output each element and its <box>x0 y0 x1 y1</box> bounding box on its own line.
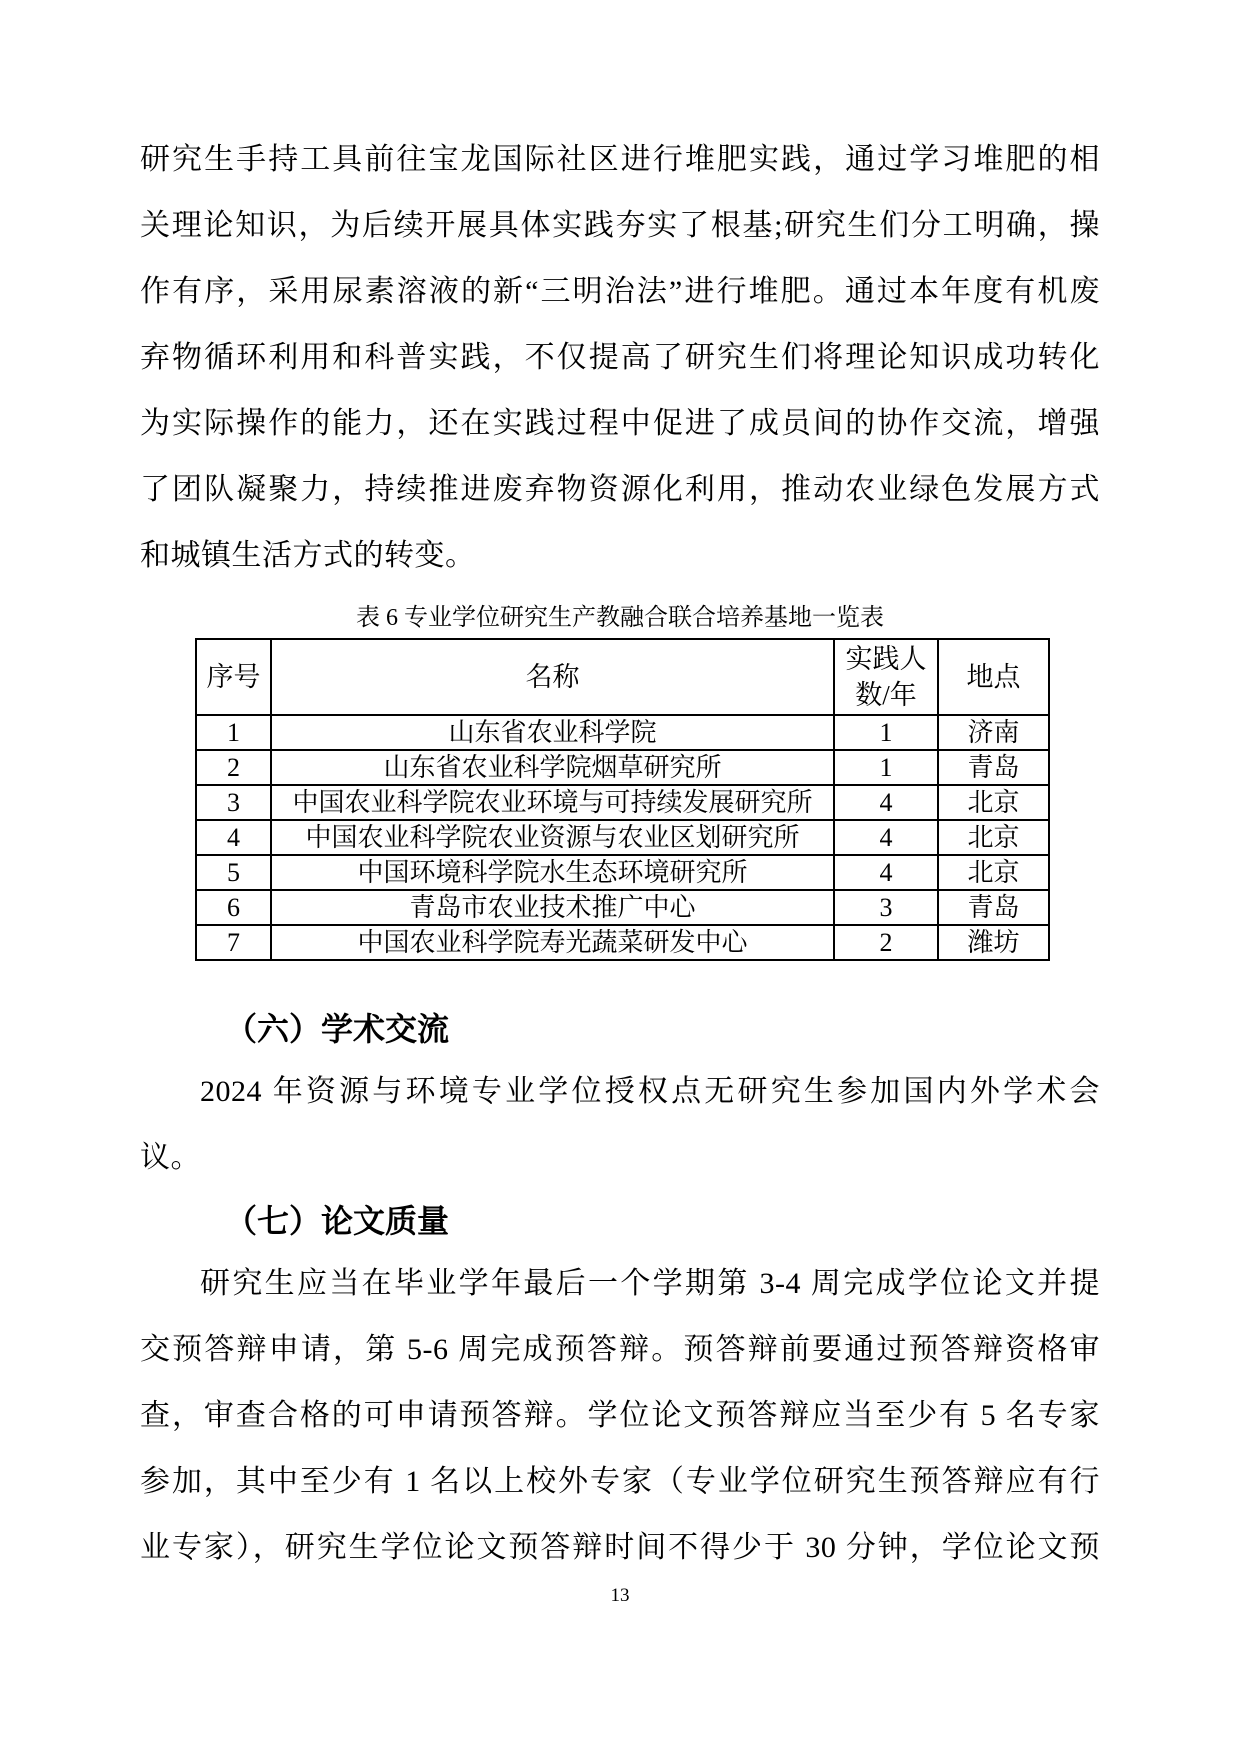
cell-name: 青岛市农业技术推广中心 <box>271 890 834 925</box>
paragraph-academic-exchange: 2024 年资源与环境专业学位授权点无研究生参加国内外学术会 议。 <box>140 1059 1100 1191</box>
table-row: 2 山东省农业科学院烟草研究所 1 青岛 <box>196 750 1049 785</box>
paragraph-compost-practice: 研究生手持工具前往宝龙国际社区进行堆肥实践，通过学习堆肥的相 关理论知识，为后续… <box>140 127 1100 589</box>
cell-index: 5 <box>196 855 271 890</box>
cell-practice: 4 <box>834 820 938 855</box>
cell-index: 2 <box>196 750 271 785</box>
cell-index: 3 <box>196 785 271 820</box>
text-line: 和城镇生活方式的转变。 <box>140 523 1100 589</box>
cell-location: 北京 <box>938 785 1049 820</box>
cell-practice: 1 <box>834 750 938 785</box>
table-row: 7 中国农业科学院寿光蔬菜研发中心 2 潍坊 <box>196 925 1049 960</box>
cell-name: 中国农业科学院农业环境与可持续发展研究所 <box>271 785 834 820</box>
cell-name: 山东省农业科学院 <box>271 715 834 750</box>
section-heading-thesis-quality: （七）论文质量 <box>140 1191 1100 1251</box>
cell-practice: 4 <box>834 785 938 820</box>
cell-location: 潍坊 <box>938 925 1049 960</box>
text-line: 作有序，采用尿素溶液的新“三明治法”进行堆肥。通过本年度有机废 <box>140 259 1100 325</box>
cell-index: 7 <box>196 925 271 960</box>
cell-practice: 3 <box>834 890 938 925</box>
page-number: 13 <box>140 1581 1100 1611</box>
cell-practice: 2 <box>834 925 938 960</box>
cell-location: 青岛 <box>938 750 1049 785</box>
text-line: 研究生手持工具前往宝龙国际社区进行堆肥实践，通过学习堆肥的相 <box>140 127 1100 193</box>
cell-location: 北京 <box>938 820 1049 855</box>
section-heading-academic-exchange: （六）学术交流 <box>140 999 1100 1059</box>
table-caption: 表 6 专业学位研究生产教融合联合培养基地一览表 <box>140 598 1100 638</box>
text-line: 2024 年资源与环境专业学位授权点无研究生参加国内外学术会 <box>140 1059 1100 1125</box>
text-line: 参加，其中至少有 1 名以上校外专家（专业学位研究生预答辩应有行 <box>140 1449 1100 1515</box>
cell-name: 山东省农业科学院烟草研究所 <box>271 750 834 785</box>
paragraph-thesis-quality: 研究生应当在毕业学年最后一个学期第 3-4 周完成学位论文并提 交预答辩申请，第… <box>140 1251 1100 1581</box>
cell-name: 中国农业科学院农业资源与农业区划研究所 <box>271 820 834 855</box>
cell-location: 北京 <box>938 855 1049 890</box>
text-line: 业专家），研究生学位论文预答辩时间不得少于 30 分钟，学位论文预 <box>140 1515 1100 1581</box>
cell-practice: 4 <box>834 855 938 890</box>
text-line: 弃物循环利用和科普实践，不仅提高了研究生们将理论知识成功转化 <box>140 325 1100 391</box>
cell-index: 1 <box>196 715 271 750</box>
cell-name: 中国农业科学院寿光蔬菜研发中心 <box>271 925 834 960</box>
col-header-index: 序号 <box>196 639 271 715</box>
cell-name: 中国环境科学院水生态环境研究所 <box>271 855 834 890</box>
text-line: 研究生应当在毕业学年最后一个学期第 3-4 周完成学位论文并提 <box>140 1251 1100 1317</box>
cell-location: 济南 <box>938 715 1049 750</box>
cell-practice: 1 <box>834 715 938 750</box>
document-page: 研究生手持工具前往宝龙国际社区进行堆肥实践，通过学习堆肥的相 关理论知识，为后续… <box>0 0 1240 1753</box>
text-line: 议。 <box>140 1125 1100 1191</box>
text-line: 关理论知识，为后续开展具体实践夯实了根基;研究生们分工明确，操 <box>140 193 1100 259</box>
practice-bases-table: 序号 名称 实践人数/年 地点 1 山东省农业科学院 1 济南 2 山东省农业科… <box>195 638 1050 961</box>
text-line: 了团队凝聚力，持续推进废弃物资源化利用，推动农业绿色发展方式 <box>140 457 1100 523</box>
text-line: 为实际操作的能力，还在实践过程中促进了成员间的协作交流，增强 <box>140 391 1100 457</box>
cell-index: 6 <box>196 890 271 925</box>
table-row: 1 山东省农业科学院 1 济南 <box>196 715 1049 750</box>
table-row: 5 中国环境科学院水生态环境研究所 4 北京 <box>196 855 1049 890</box>
table-row: 3 中国农业科学院农业环境与可持续发展研究所 4 北京 <box>196 785 1049 820</box>
table-row: 4 中国农业科学院农业资源与农业区划研究所 4 北京 <box>196 820 1049 855</box>
cell-index: 4 <box>196 820 271 855</box>
col-header-practice: 实践人数/年 <box>834 639 938 715</box>
cell-location: 青岛 <box>938 890 1049 925</box>
col-header-location: 地点 <box>938 639 1049 715</box>
text-line: 查，审查合格的可申请预答辩。学位论文预答辩应当至少有 5 名专家 <box>140 1383 1100 1449</box>
col-header-name: 名称 <box>271 639 834 715</box>
table-row: 6 青岛市农业技术推广中心 3 青岛 <box>196 890 1049 925</box>
text-line: 交预答辩申请，第 5-6 周完成预答辩。预答辩前要通过预答辩资格审 <box>140 1317 1100 1383</box>
table-header-row: 序号 名称 实践人数/年 地点 <box>196 639 1049 715</box>
page-content: 研究生手持工具前往宝龙国际社区进行堆肥实践，通过学习堆肥的相 关理论知识，为后续… <box>0 0 1240 1611</box>
